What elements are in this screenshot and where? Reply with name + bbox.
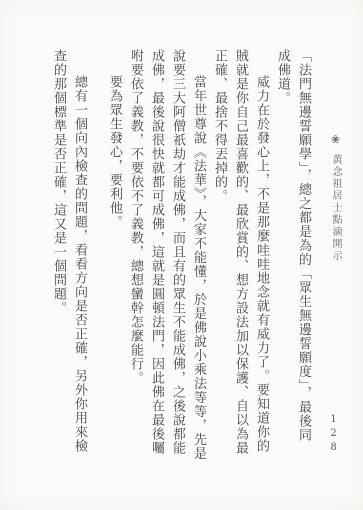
text-column: 咐要依了義教，不要依不了義教，總想蠻幹怎麼能行。 — [125, 49, 146, 471]
text-column: 賊就是你自己最喜歡的、最欣賞的、想方設法加以保護、自以為最 — [230, 49, 251, 471]
text-column: 說要三大阿僧祇劫才能成佛，而且有的眾生不能成佛，之後說都能 — [167, 49, 188, 471]
main-text-block: 「法門無邊誓願學」，總之都是為的「眾生無邊誓願度」，最後同 成佛道。 威力在於發… — [48, 49, 314, 471]
running-header-title: 黃念祖居士點滴開示 — [330, 154, 341, 262]
text-column: 正確、最捨不得丟掉的。 — [209, 49, 230, 471]
text-column: 查的那個標準是否正確，這又是一個問題。 — [48, 49, 69, 471]
book-page: ❀黃念祖居士點滴開示 「法門無邊誓願學」，總之都是為的「眾生無邊誓願度」，最後同… — [0, 0, 363, 510]
text-column: 威力在於發心上，不是那麼哇哇地念就有威力了。要知道你的 — [251, 49, 272, 471]
text-column: 當年世尊說《法華》，大家不能懂，於是佛說小乘法等等，先是 — [188, 49, 209, 471]
page-number: 128 — [328, 414, 339, 456]
text-column: 要為眾生發心，要利他。 — [104, 49, 125, 471]
text-column: 「法門無邊誓願學」，總之都是為的「眾生無邊誓願度」，最後同 — [293, 49, 314, 471]
flower-ornament-icon: ❀ — [328, 133, 342, 148]
text-column: 成佛，最後說很快就都可成佛，這就是圓頓法門，因此佛在最後囑 — [146, 49, 167, 471]
running-header: ❀黃念祖居士點滴開示 — [328, 133, 342, 262]
text-column: 成佛道。 — [272, 49, 293, 471]
text-column: 總有一個向內檢查的問題，看看方向是否正確，另外你用來檢 — [69, 49, 90, 471]
